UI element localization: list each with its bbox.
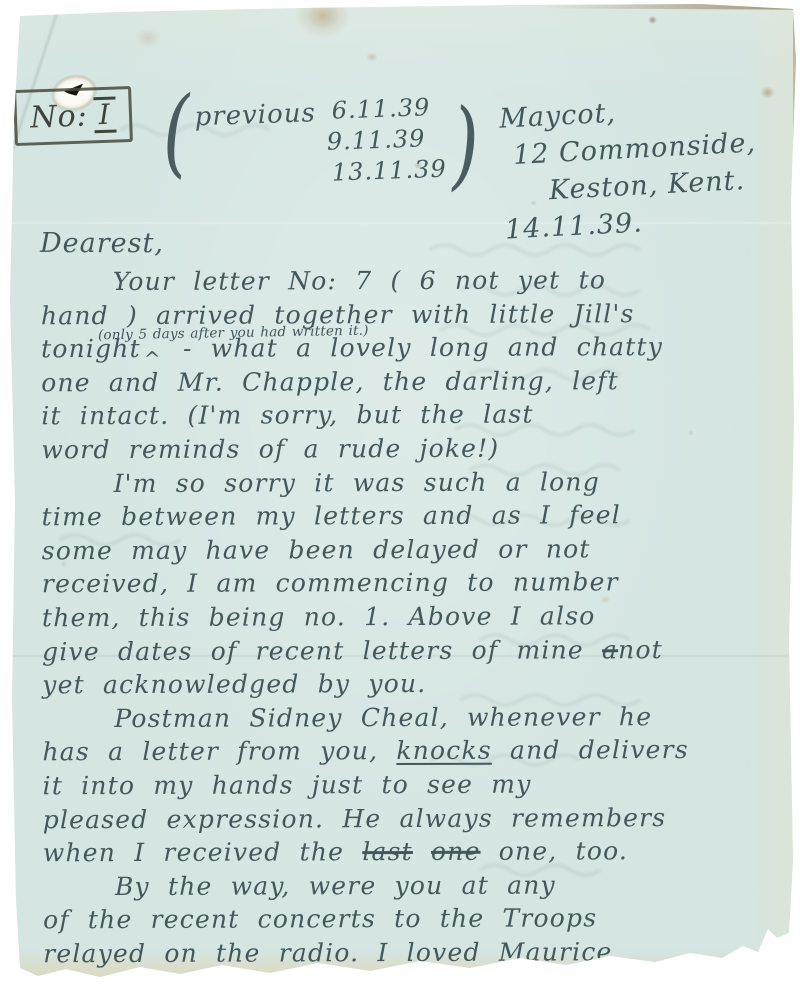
letter-line: By the way, were you at any xyxy=(43,867,777,903)
stain xyxy=(366,52,378,62)
text-segment: it into my hands just to see my xyxy=(43,769,532,800)
text-segment: relayed on the radio. I loved Maurice xyxy=(43,937,612,968)
text-segment: word reminds of a rude joke!) xyxy=(41,434,499,465)
text-segment: one and Mr. Chapple, the darling, left xyxy=(41,366,619,397)
text-segment: some may have been delayed or not xyxy=(42,534,591,565)
text-segment: one, too. xyxy=(481,836,629,866)
letter-line: give dates of recent letters of mine ano… xyxy=(42,632,776,668)
address-block: Maycot, 12 Commonside, Keston, Kent. 14.… xyxy=(498,87,760,248)
stain xyxy=(295,0,351,38)
letter-line: yet acknowledged by you. xyxy=(42,666,776,702)
scan-background: No: I ( previous 6.11.39 9.11.39 13.11.3… xyxy=(0,0,800,1000)
letter-line: received, I am commencing to number xyxy=(42,565,776,601)
letter-line: it into my hands just to see my xyxy=(43,767,777,803)
previous-word: previous xyxy=(194,98,318,193)
text-segment: I'm so sorry it was such a long xyxy=(113,467,599,498)
text-segment: them, this being no. 1. Above I also xyxy=(42,601,596,632)
browned-edge xyxy=(540,1,800,9)
letter-line: when I received the last one one, too. xyxy=(43,834,777,870)
text-segment: give dates of recent letters of mine xyxy=(42,635,602,666)
browned-edge xyxy=(793,6,798,336)
text-segment: of the recent concerts to the Troops xyxy=(43,904,597,935)
previous-date: 13.11.39 xyxy=(331,154,447,189)
text-segment: yet acknowledged by you. xyxy=(42,669,426,699)
letter-number-box: No: I xyxy=(13,86,133,146)
letter-line: pleased expression. He always remembers xyxy=(43,800,777,836)
previous-letters-note: ( previous 6.11.39 9.11.39 13.11.39 ) xyxy=(156,76,485,200)
letter-number-roman: I xyxy=(93,97,116,133)
salutation: Dearest, xyxy=(40,228,164,259)
letter-line: Postman Sidney Cheal, whenever he xyxy=(42,699,776,735)
letter-line: I'm so sorry it was such a long xyxy=(41,464,775,500)
previous-dates-list: 6.11.39 9.11.39 13.11.39 xyxy=(329,92,447,189)
letter-number-prefix: No: xyxy=(30,98,89,135)
text-segment: one xyxy=(431,837,481,866)
stain xyxy=(648,16,657,24)
close-paren: ) xyxy=(449,99,480,191)
letter-line: of the recent concerts to the Troops xyxy=(43,901,777,937)
text-segment: when I received the xyxy=(43,837,363,867)
stain xyxy=(760,86,775,99)
previous-date: 6.11.39 xyxy=(331,92,445,127)
text-segment: ^ xyxy=(144,343,162,377)
previous-date: 9.11.39 xyxy=(326,123,446,158)
text-segment: By the way, were you at any xyxy=(115,870,556,901)
letter-line: word reminds of a rude joke!) xyxy=(41,431,775,467)
letter-line: them, this being no. 1. Above I also xyxy=(42,599,776,635)
letter-line: it intact. (I'm sorry, but the last xyxy=(41,397,775,433)
letter-body: Your letter No: 7 ( 6 not yet to hand ) … xyxy=(41,263,777,971)
text-segment: Postman Sidney Cheal, whenever he xyxy=(114,702,652,733)
text-segment: knocks xyxy=(396,736,492,765)
text-segment: a xyxy=(602,635,618,664)
address-line: 14.11.39. xyxy=(504,198,761,248)
text-segment: has a letter from you, xyxy=(42,736,396,766)
text-segment: last xyxy=(362,837,413,866)
text-segment: time between my letters and as I feel xyxy=(42,500,621,531)
letter-line: some may have been delayed or not xyxy=(42,531,776,567)
open-paren: ( xyxy=(161,87,192,179)
letter-paper: No: I ( previous 6.11.39 9.11.39 13.11.3… xyxy=(0,0,800,1000)
text-segment: pleased expression. He always remembers xyxy=(43,803,667,834)
text-segment: Your letter No: 7 ( 6 not yet to xyxy=(113,265,606,296)
stain xyxy=(135,28,161,48)
text-segment xyxy=(413,837,431,866)
letter-line: relayed on the radio. I loved Maurice xyxy=(43,935,777,971)
text-segment: not xyxy=(618,635,663,664)
text-segment: and delivers xyxy=(492,735,689,765)
text-segment: it intact. (I'm sorry, but the last xyxy=(41,400,533,431)
letter-line: Your letter No: 7 ( 6 not yet to xyxy=(41,263,775,299)
previous-dates-group: previous 6.11.39 9.11.39 13.11.39 xyxy=(194,92,447,194)
text-segment: received, I am commencing to number xyxy=(42,568,619,599)
letter-line: time between my letters and as I feel xyxy=(42,498,776,534)
letter-line: has a letter from you, knocks and delive… xyxy=(42,733,776,769)
